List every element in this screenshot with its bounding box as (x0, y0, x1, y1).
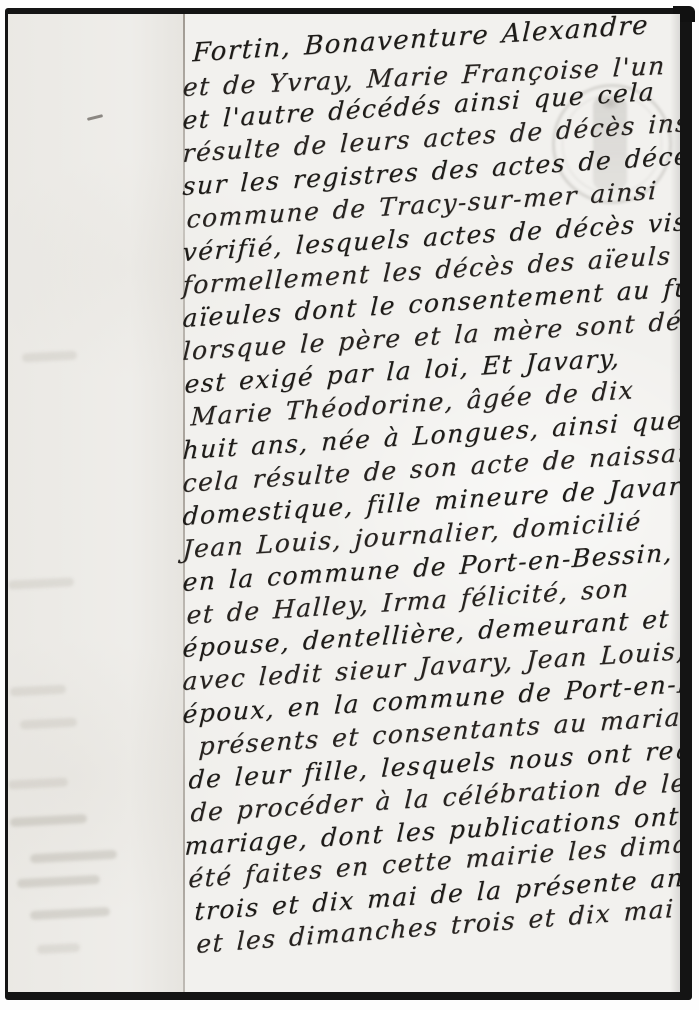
scanned-register-page: Fortin, Bonaventure Alexandre et de Yvra… (0, 0, 699, 1010)
paper: Fortin, Bonaventure Alexandre et de Yvra… (8, 14, 680, 992)
scan-border-frame: Fortin, Bonaventure Alexandre et de Yvra… (5, 8, 692, 1000)
handwritten-text-block: Fortin, Bonaventure Alexandre et de Yvra… (182, 36, 680, 992)
left-page-margin (8, 14, 183, 992)
